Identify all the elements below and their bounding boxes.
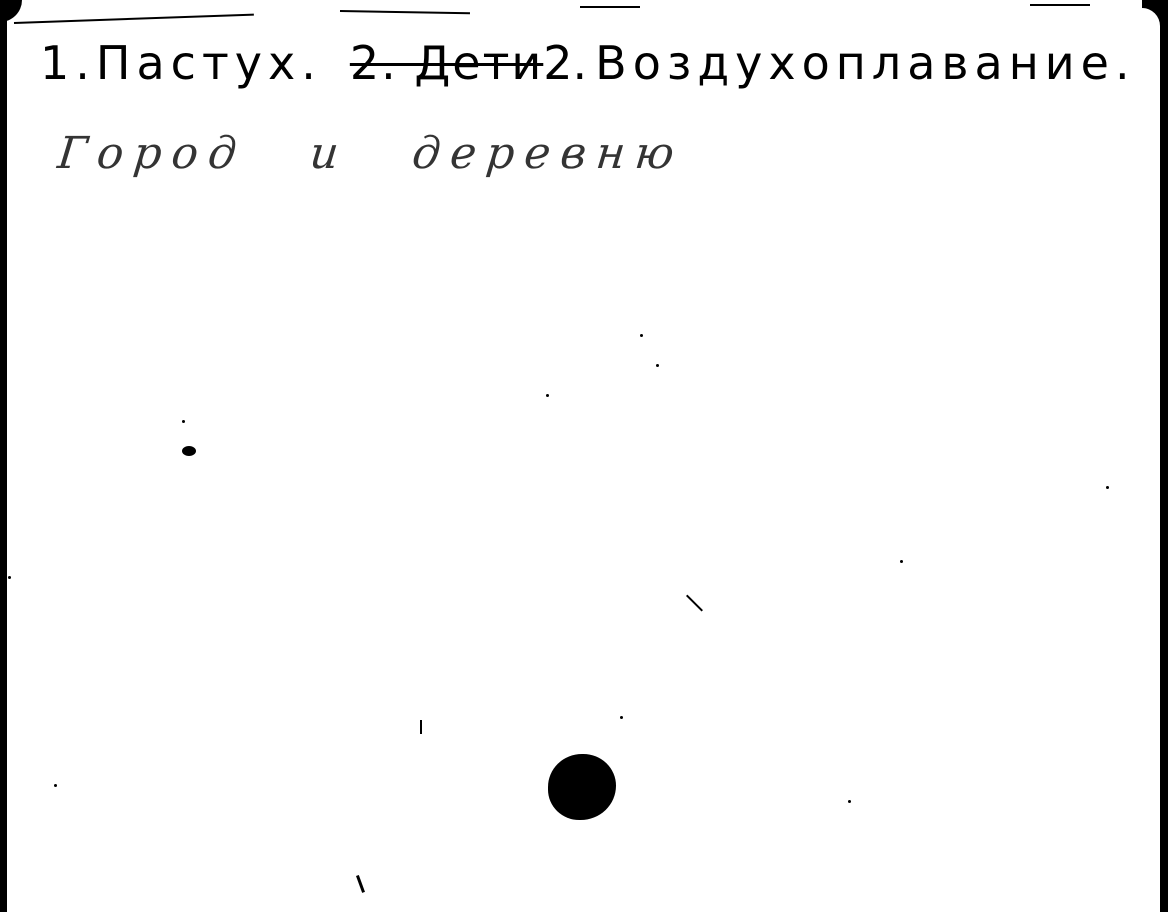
scan-corner-top-left bbox=[0, 0, 22, 22]
speck bbox=[900, 560, 903, 563]
entry-1-text: Пастух. bbox=[96, 36, 322, 90]
scratch-mark bbox=[686, 595, 703, 612]
scan-border-right bbox=[1160, 10, 1168, 912]
speck bbox=[656, 364, 659, 367]
scratch-mark bbox=[356, 875, 365, 893]
top-edge-mark bbox=[580, 6, 640, 8]
entry-2-struck-text: 2. Дети bbox=[350, 36, 543, 90]
speck bbox=[546, 394, 549, 397]
speck bbox=[182, 420, 185, 423]
top-edge-mark bbox=[340, 10, 470, 14]
handwritten-note: Город и деревню bbox=[55, 128, 686, 179]
top-edge-mark bbox=[1030, 4, 1090, 6]
index-card: 1.Пастух.2. Дети2.Воздухоплавание. Город… bbox=[0, 0, 1168, 912]
speck bbox=[54, 784, 57, 787]
speck bbox=[620, 716, 623, 719]
top-edge-mark bbox=[14, 14, 254, 24]
scratch-mark bbox=[420, 720, 422, 734]
speck bbox=[1106, 486, 1109, 489]
ink-spot bbox=[182, 446, 196, 456]
speck bbox=[848, 800, 851, 803]
scan-corner-top-right bbox=[1142, 0, 1168, 26]
entry-2-text: Воздухоплавание. bbox=[595, 36, 1135, 90]
ink-blot bbox=[548, 754, 616, 820]
typed-entry-line: 1.Пастух.2. Дети2.Воздухоплавание. bbox=[40, 36, 1136, 90]
entry-1-number: 1. bbox=[40, 36, 96, 90]
entry-2-number: 2. bbox=[543, 36, 587, 90]
scan-border-left bbox=[0, 18, 7, 912]
speck bbox=[640, 334, 643, 337]
speck bbox=[8, 576, 11, 579]
